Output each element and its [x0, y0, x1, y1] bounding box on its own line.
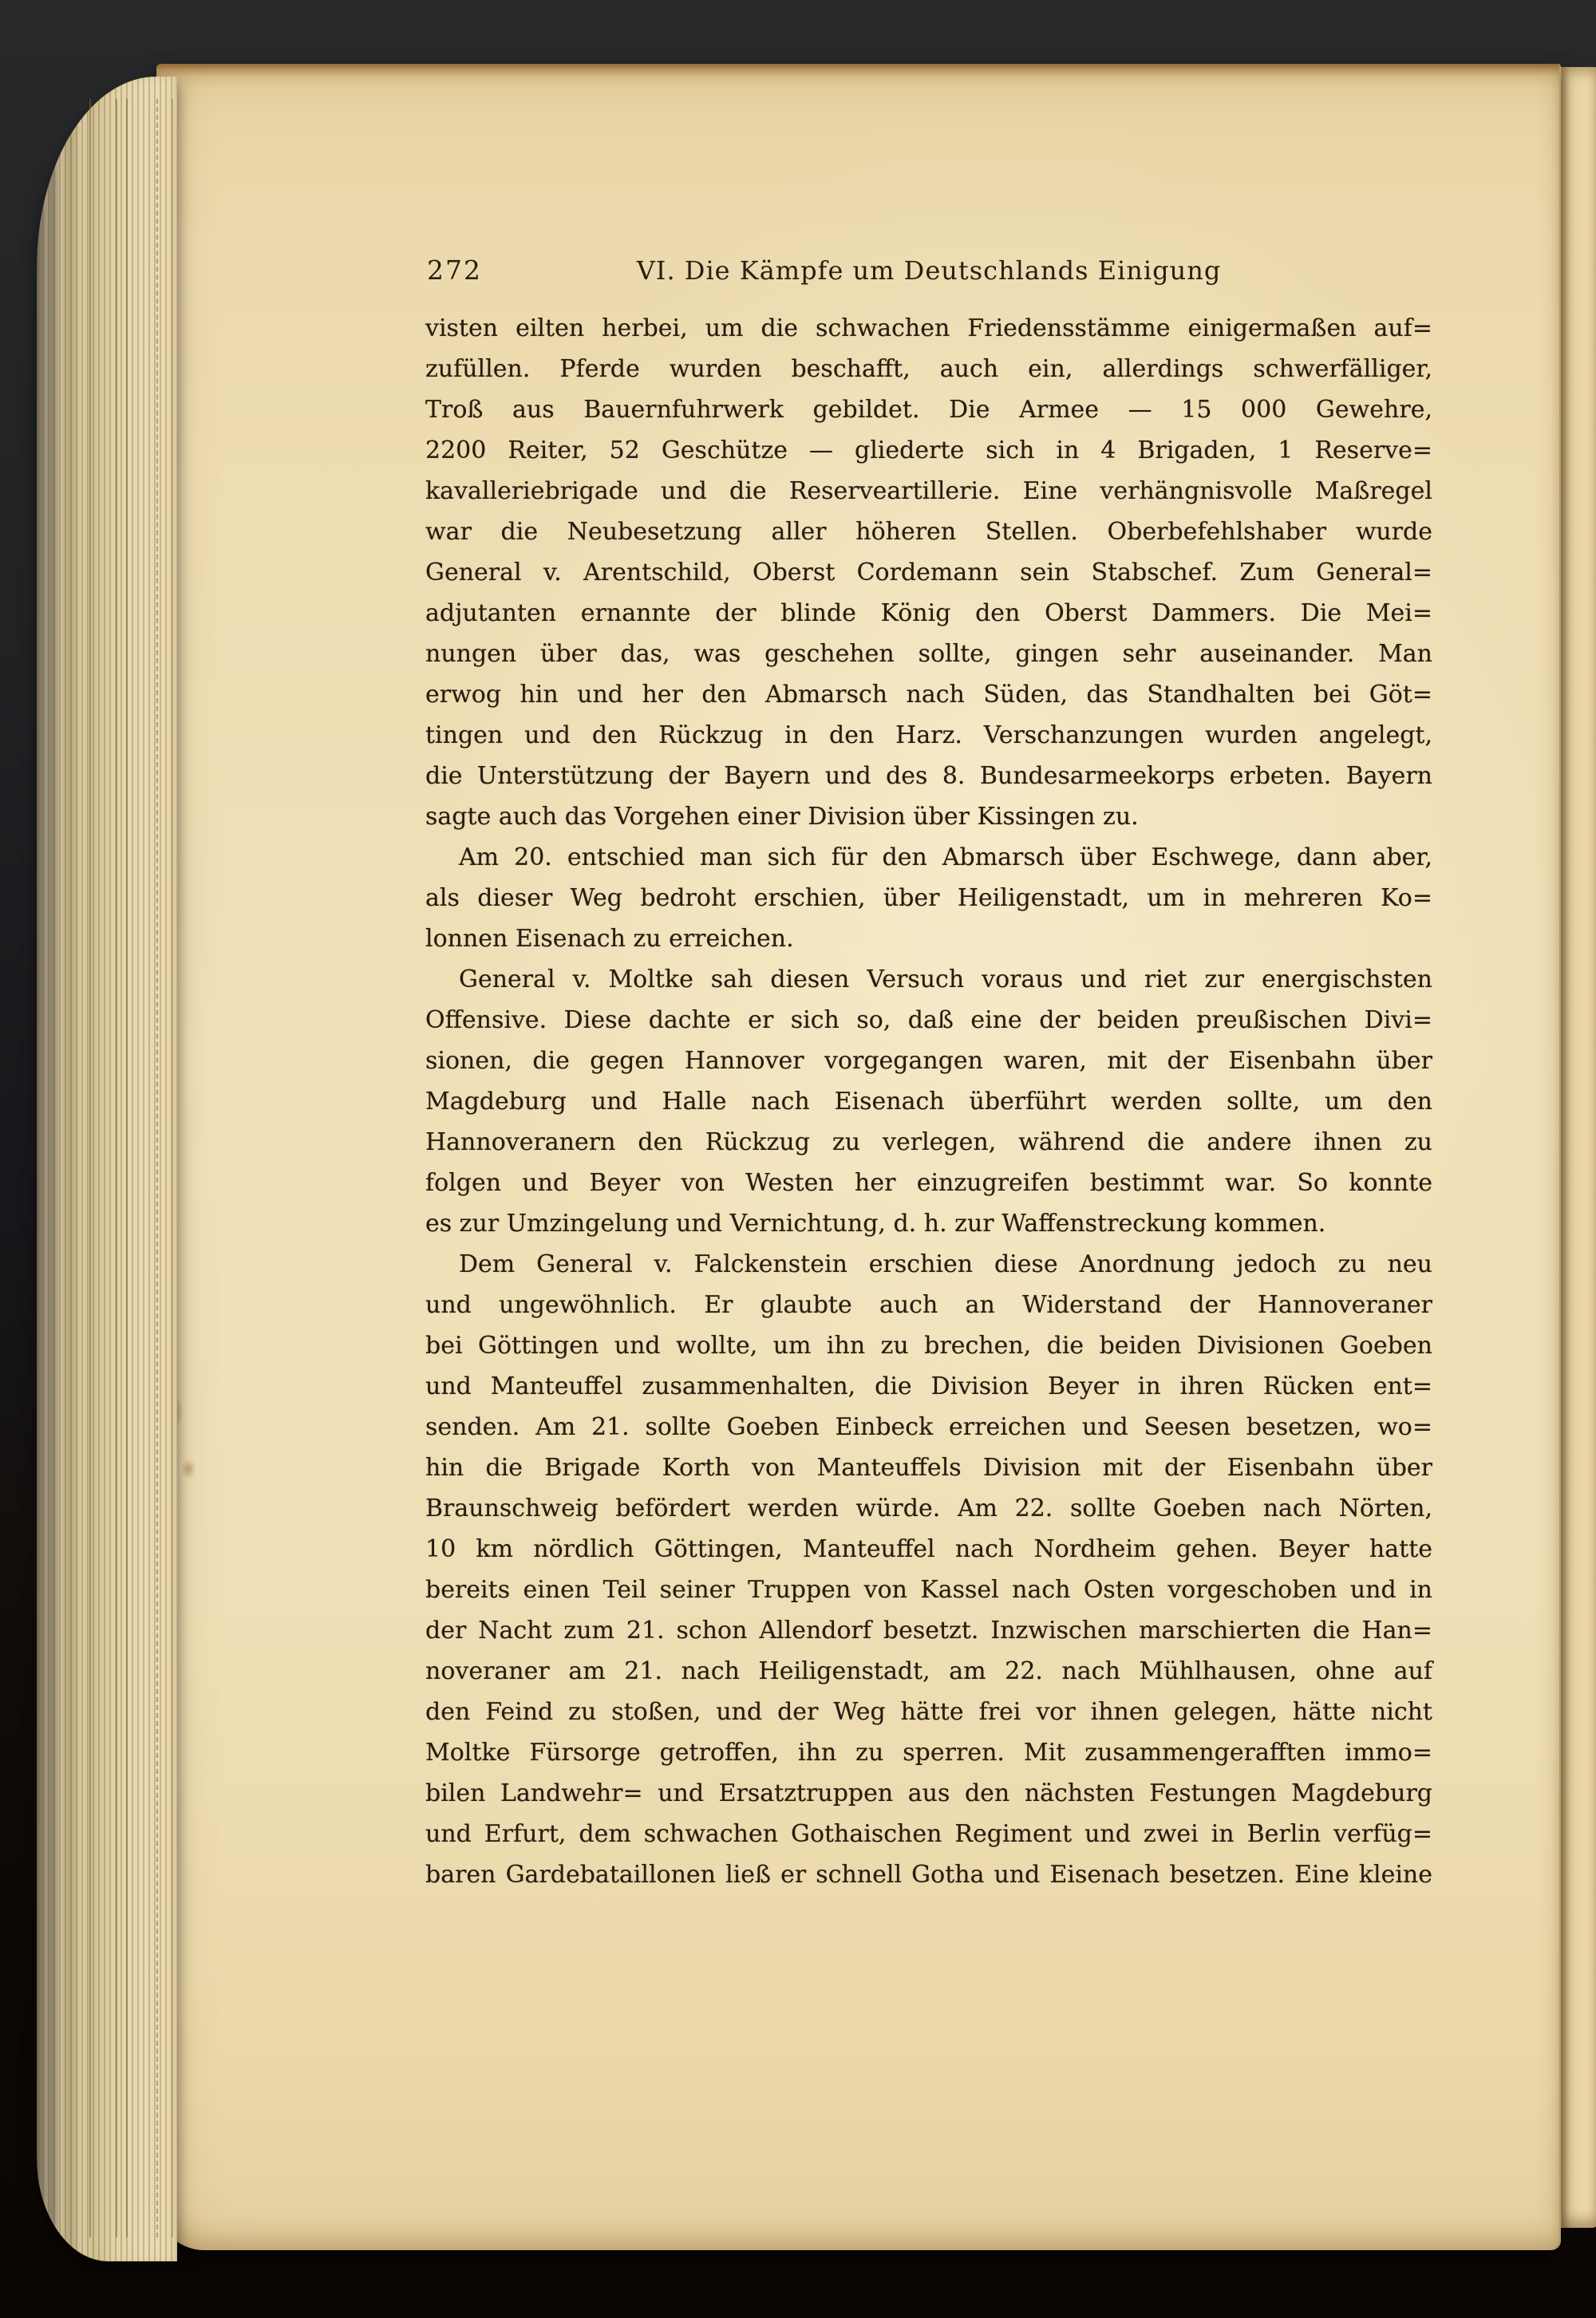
- page-edge-crease: [172, 99, 173, 2237]
- text-line: und Erfurt, dem schwachen Gothaischen Re…: [425, 1814, 1432, 1854]
- page-stack-edges: [37, 77, 177, 2261]
- text-line: erwog hin und her den Abmarsch nach Süde…: [425, 674, 1432, 715]
- text-line: tingen und den Rückzug in den Harz. Vers…: [425, 715, 1432, 756]
- page-edge-crease: [89, 99, 91, 2237]
- scanned-book-photo: 272 VI. Die Kämpfe um Deutschlands Einig…: [0, 0, 1596, 2318]
- page-header-row: 272 VI. Die Kämpfe um Deutschlands Einig…: [425, 252, 1432, 289]
- text-line: den Feind zu stoßen, und der Weg hätte f…: [425, 1692, 1432, 1732]
- text-line: die Unterstützung der Bayern und des 8. …: [425, 756, 1432, 796]
- text-line: zufüllen. Pferde wurden beschafft, auch …: [425, 349, 1432, 389]
- text-line: General v. Moltke sah diesen Versuch vor…: [425, 959, 1432, 1000]
- page-edge-crease: [126, 99, 128, 2237]
- text-line: senden. Am 21. sollte Goeben Einbeck err…: [425, 1407, 1432, 1447]
- text-line: und Manteuffel zusammenhalten, die Divis…: [425, 1366, 1432, 1407]
- text-line: Troß aus Bauernfuhrwerk gebildet. Die Ar…: [425, 389, 1432, 430]
- text-line: General v. Arentschild, Oberst Cordemann…: [425, 552, 1432, 593]
- text-line: Braunschweig befördert werden würde. Am …: [425, 1488, 1432, 1529]
- text-line: visten eilten herbei, um die schwachen F…: [425, 308, 1432, 349]
- text-line: Hannoveranern den Rückzug zu verlegen, w…: [425, 1122, 1432, 1163]
- text-line: baren Gardebataillonen ließ er schnell G…: [425, 1854, 1432, 1895]
- text-line: 2200 Reiter, 52 Geschütze — gliederte si…: [425, 430, 1432, 471]
- text-line: als dieser Weg bedroht erschien, über He…: [425, 878, 1432, 918]
- foxing-spot: [180, 1459, 196, 1479]
- text-line: adjutanten ernannte der blinde König den…: [425, 593, 1432, 634]
- text-line: bei Göttingen und wollte, um ihn zu brec…: [425, 1325, 1432, 1366]
- text-line: bereits einen Teil seiner Truppen von Ka…: [425, 1570, 1432, 1610]
- text-line: nungen über das, was geschehen sollte, g…: [425, 634, 1432, 674]
- text-line: noveraner am 21. nach Heiligenstadt, am …: [425, 1651, 1432, 1692]
- text-line: kavalleriebrigade und die Reserveartille…: [425, 471, 1432, 511]
- facing-page-edge: [1559, 67, 1596, 2228]
- text-line: hin die Brigade Korth von Manteuffels Di…: [425, 1447, 1432, 1488]
- page-top-burn-edge: [156, 64, 1559, 88]
- text-line: und ungewöhnlich. Er glaubte auch an Wid…: [425, 1285, 1432, 1325]
- text-line: lonnen Eisenach zu erreichen.: [425, 918, 1432, 959]
- page-edge-stitch-line: [156, 99, 158, 2237]
- page-edge-crease: [116, 99, 117, 2237]
- text-line: sagte auch das Vorgehen einer Division ü…: [425, 796, 1432, 837]
- text-line: war die Neubesetzung aller höheren Stell…: [425, 511, 1432, 552]
- page-text-block: visten eilten herbei, um die schwachen F…: [425, 308, 1432, 1895]
- text-line: es zur Umzingelung und Vernichtung, d. h…: [425, 1203, 1432, 1244]
- text-line: 10 km nördlich Göttingen, Manteuffel nac…: [425, 1529, 1432, 1570]
- text-line: Magdeburg und Halle nach Eisenach überfü…: [425, 1081, 1432, 1122]
- text-line: Dem General v. Falckenstein erschien die…: [425, 1244, 1432, 1285]
- text-line: sionen, die gegen Hannover vorgegangen w…: [425, 1041, 1432, 1081]
- text-line: Moltke Fürsorge getroffen, ihn zu sperre…: [425, 1732, 1432, 1773]
- text-line: Am 20. entschied man sich für den Abmars…: [425, 837, 1432, 878]
- text-line: der Nacht zum 21. schon Allendorf besetz…: [425, 1610, 1432, 1651]
- running-header: VI. Die Kämpfe um Deutschlands Einigung: [425, 252, 1432, 289]
- text-line: Offensive. Diese dachte er sich so, daß …: [425, 1000, 1432, 1041]
- text-line: folgen und Beyer von Westen her einzugre…: [425, 1163, 1432, 1203]
- page-number: 272: [427, 252, 482, 289]
- text-line: bilen Landwehr= und Ersatztruppen aus de…: [425, 1773, 1432, 1814]
- book-page: 272 VI. Die Kämpfe um Deutschlands Einig…: [156, 64, 1559, 2250]
